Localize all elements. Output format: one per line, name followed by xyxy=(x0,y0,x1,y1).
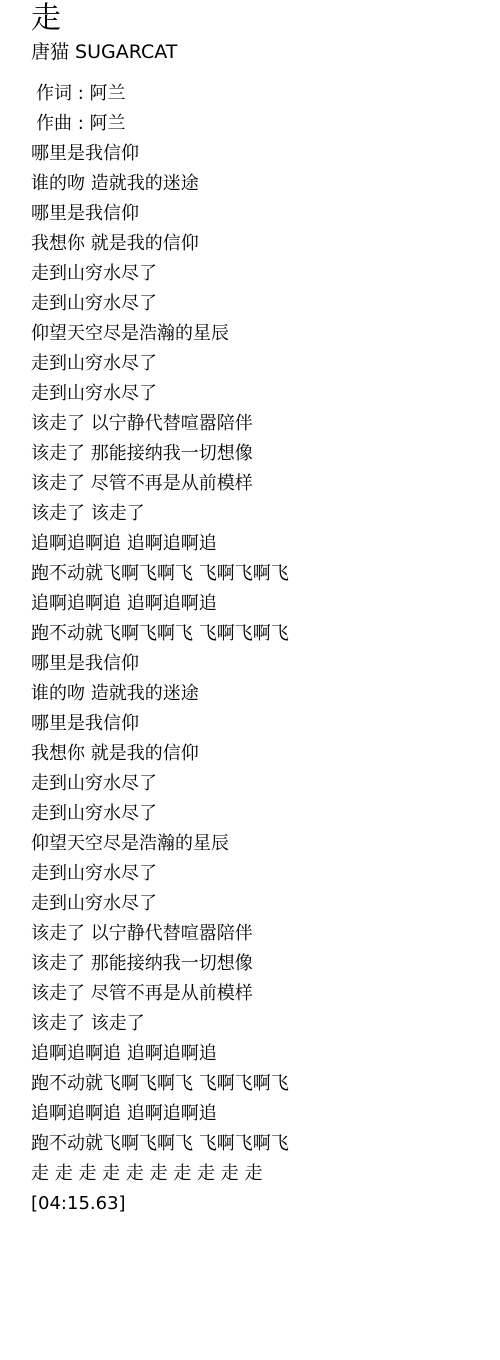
lyric-line: 该走了 该走了 xyxy=(31,1009,500,1039)
lyric-line: 追啊追啊追 追啊追啊追 xyxy=(31,1039,500,1069)
lyricist-credit: 作词 : 阿兰 xyxy=(31,79,500,109)
lyric-line: 追啊追啊追 追啊追啊追 xyxy=(31,589,500,619)
lyrics-body: 哪里是我信仰 谁的吻 造就我的迷途 哪里是我信仰 我想你 就是我的信仰 走到山穷… xyxy=(31,139,500,1219)
artist-name: 唐猫 SUGARCAT xyxy=(31,37,500,67)
lyric-line: 该走了 以宁静代替喧嚣陪伴 xyxy=(31,409,500,439)
lyric-line: 追啊追啊追 追啊追啊追 xyxy=(31,1099,500,1129)
lyric-line: 谁的吻 造就我的迷途 xyxy=(31,679,500,709)
lyric-line: 走到山穷水尽了 xyxy=(31,379,500,409)
lyric-line: 仰望天空尽是浩瀚的星辰 xyxy=(31,829,500,859)
lyric-line: 该走了 那能接纳我一切想像 xyxy=(31,439,500,469)
credits-block: 作词 : 阿兰 作曲 : 阿兰 xyxy=(31,79,500,139)
lyric-line: 哪里是我信仰 xyxy=(31,199,500,229)
lyric-line: 走 走 走 走 走 走 走 走 走 走 xyxy=(31,1159,500,1189)
lyric-line: 跑不动就飞啊飞啊飞 飞啊飞啊飞 xyxy=(31,559,500,589)
lyric-line: 该走了 该走了 xyxy=(31,499,500,529)
lyric-line: 走到山穷水尽了 xyxy=(31,349,500,379)
lyric-line: 仰望天空尽是浩瀚的星辰 xyxy=(31,319,500,349)
lyric-line: 走到山穷水尽了 xyxy=(31,289,500,319)
lyric-line: 谁的吻 造就我的迷途 xyxy=(31,169,500,199)
lyric-line: 哪里是我信仰 xyxy=(31,139,500,169)
lyric-line: 跑不动就飞啊飞啊飞 飞啊飞啊飞 xyxy=(31,1129,500,1159)
lyric-line: 走到山穷水尽了 xyxy=(31,799,500,829)
lyric-line: 该走了 尽管不再是从前模样 xyxy=(31,469,500,499)
lyric-line: 该走了 那能接纳我一切想像 xyxy=(31,949,500,979)
song-title: 走 xyxy=(31,0,500,37)
lyric-line: 走到山穷水尽了 xyxy=(31,889,500,919)
lyric-line: 走到山穷水尽了 xyxy=(31,769,500,799)
lyric-line: 走到山穷水尽了 xyxy=(31,859,500,889)
lyric-line: 跑不动就飞啊飞啊飞 飞啊飞啊飞 xyxy=(31,619,500,649)
lyric-line: 哪里是我信仰 xyxy=(31,709,500,739)
lyric-line: 跑不动就飞啊飞啊飞 飞啊飞啊飞 xyxy=(31,1069,500,1099)
timestamp: [04:15.63] xyxy=(31,1189,500,1219)
lyric-line: 该走了 以宁静代替喧嚣陪伴 xyxy=(31,919,500,949)
lyric-line: 我想你 就是我的信仰 xyxy=(31,739,500,769)
lyric-line: 我想你 就是我的信仰 xyxy=(31,229,500,259)
lyrics-page: 走 唐猫 SUGARCAT 作词 : 阿兰 作曲 : 阿兰 哪里是我信仰 谁的吻… xyxy=(0,0,500,1219)
lyric-line: 哪里是我信仰 xyxy=(31,649,500,679)
lyric-line: 该走了 尽管不再是从前模样 xyxy=(31,979,500,1009)
composer-credit: 作曲 : 阿兰 xyxy=(31,109,500,139)
lyric-line: 走到山穷水尽了 xyxy=(31,259,500,289)
lyric-line: 追啊追啊追 追啊追啊追 xyxy=(31,529,500,559)
